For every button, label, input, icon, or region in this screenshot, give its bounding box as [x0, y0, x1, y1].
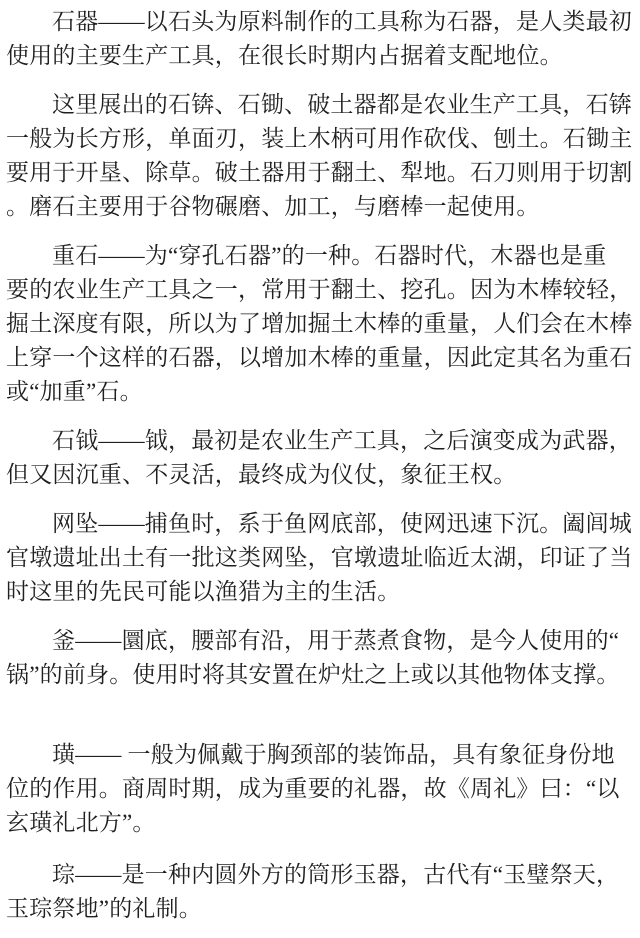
- text-line: 但又因沉重、不灵活，最终成为仪仗，象征王权。: [6, 458, 634, 492]
- text-line: 上穿一个这样的石器，以增加木棒的重量，因此定其名为重石: [6, 341, 634, 375]
- paragraph-fu-cauldron: 釜——圜底，腰部有沿，用于蒸煮食物，是今人使用的“ 锅”的前身。使用时将其安置在…: [6, 624, 634, 692]
- text-line: 这里展出的石锛、石锄、破土器都是农业生产工具，石锛: [6, 88, 634, 122]
- text-line: 位的作用。商周时期，成为重要的礼器，故《周礼》曰：“以: [6, 772, 634, 806]
- text-line: 一般为长方形，单面刃，装上木柄可用作砍伐、刨土。石锄主: [6, 122, 634, 156]
- paragraph-stone-tools: 石器——以石头为原料制作的工具称为石器，是人类最初 使用的主要生产工具，在很长时…: [6, 5, 634, 73]
- text-line: 官墩遗址出土有一批这类网坠，官墩遗址临近太湖，印证了当: [6, 541, 634, 575]
- paragraph-stone-yue: 石钺——钺，最初是农业生产工具，之后演变成为武器， 但又因沉重、不灵活，最终成为…: [6, 424, 634, 492]
- text-line: 。磨石主要用于谷物碾磨、加工，与磨棒一起使用。: [6, 190, 634, 224]
- paragraph-heavy-stone: 重石——为“穿孔石器”的一种。石器时代，木器也是重 要的农业生产工具之一，常用于…: [6, 239, 634, 409]
- text-line: 或“加重”石。: [6, 375, 634, 409]
- paragraph-cong-jade: 琮——是一种内圆外方的筒形玉器，古代有“玉璧祭天， 玉琮祭地”的礼制。: [6, 858, 634, 926]
- text-line: 使用的主要生产工具，在很长时期内占据着支配地位。: [6, 39, 634, 73]
- text-line: 琮——是一种内圆外方的筒形玉器，古代有“玉璧祭天，: [6, 858, 634, 892]
- paragraph-huang-pendant: 璜—— 一般为佩戴于胸颈部的装饰品，具有象征身份地 位的作用。商周时期，成为重要…: [6, 738, 634, 840]
- text-line: 玉琮祭地”的礼制。: [6, 892, 634, 926]
- text-line: 时这里的先民可能以渔猎为主的生活。: [6, 575, 634, 609]
- text-line: 玄璜礼北方”。: [6, 806, 634, 840]
- text-line: 掘土深度有限，所以为了增加掘土木棒的重量，人们会在木棒: [6, 307, 634, 341]
- text-line: 璜—— 一般为佩戴于胸颈部的装饰品，具有象征身份地: [6, 738, 634, 772]
- paragraph-net-sinker: 网坠——捕鱼时，系于鱼网底部，使网迅速下沉。阖闾城 官墩遗址出土有一批这类网坠，…: [6, 507, 634, 609]
- text-line: 釜——圜底，腰部有沿，用于蒸煮食物，是今人使用的“: [6, 624, 634, 658]
- paragraph-farming-tools: 这里展出的石锛、石锄、破土器都是农业生产工具，石锛 一般为长方形，单面刃，装上木…: [6, 88, 634, 224]
- document-page: 石器——以石头为原料制作的工具称为石器，是人类最初 使用的主要生产工具，在很长时…: [0, 0, 640, 926]
- text-line: 要的农业生产工具之一，常用于翻土、挖孔。因为木棒较轻，: [6, 273, 634, 307]
- text-line: 重石——为“穿孔石器”的一种。石器时代，木器也是重: [6, 239, 634, 273]
- text-line: 锅”的前身。使用时将其安置在炉灶之上或以其他物体支撑。: [6, 658, 634, 692]
- text-line: 要用于开垦、除草。破土器用于翻土、犁地。石刀则用于切割: [6, 156, 634, 190]
- text-line: 石器——以石头为原料制作的工具称为石器，是人类最初: [6, 5, 634, 39]
- text-line: 石钺——钺，最初是农业生产工具，之后演变成为武器，: [6, 424, 634, 458]
- text-line: 网坠——捕鱼时，系于鱼网底部，使网迅速下沉。阖闾城: [6, 507, 634, 541]
